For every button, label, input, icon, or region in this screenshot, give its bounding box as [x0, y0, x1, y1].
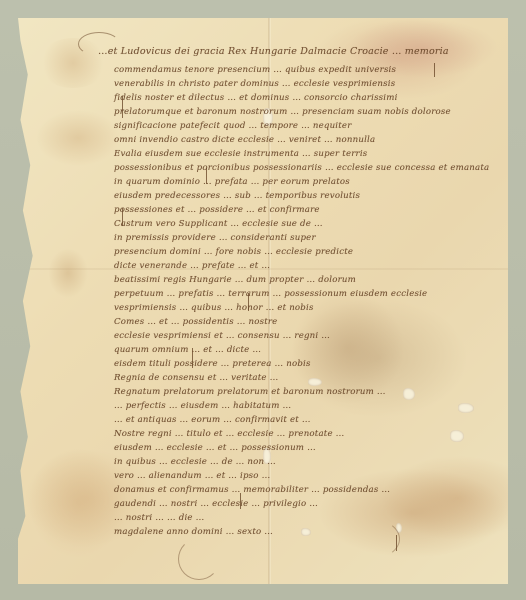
text-line: donamus et confirmamus … memorabiliter …… — [114, 485, 390, 495]
text-line: Regnia de consensu et … veritate … — [114, 373, 278, 383]
text-line: gaudendi … nostri … ecclesie … privilegi… — [114, 499, 318, 509]
text-line: presencium domini … fore nobis … ecclesi… — [114, 247, 353, 257]
text-line: eisdem tituli possidere … preterea … nob… — [114, 359, 311, 369]
text-line: possessiones et … possidere … et confirm… — [114, 205, 320, 215]
text-line: vero … alienandum … et … ipso … — [114, 471, 270, 481]
text-line: ecclesie vesprimiensi et … consensu … re… — [114, 331, 330, 341]
text-line: in quibus … ecclesie … de … non … — [114, 457, 276, 467]
text-line: quarum omnium … et … dicte … — [114, 345, 261, 355]
text-line: eiusdem … ecclesie … et … possessionum … — [114, 443, 316, 453]
text-line: Castrum vero Supplicant … ecclesie sue d… — [114, 219, 323, 229]
text-line: prelatorumque et baronum nostrorum … pre… — [114, 107, 451, 117]
text-line: eiusdem predecessores … sub … temporibus… — [114, 191, 360, 201]
text-line: significacione patefecit quod … tempore … — [114, 121, 352, 131]
text-line: magdalene anno domini … sexto … — [114, 527, 273, 537]
text-line: Evalia eiusdem sue ecclesie instrumenta … — [114, 149, 367, 159]
text-line: in quarum dominio … prefata … per eorum … — [114, 177, 350, 187]
text-line: in premissis providere … consideranti su… — [114, 233, 316, 243]
text-line: venerabilis in christo pater dominus … e… — [114, 79, 395, 89]
text-line: Regnatum prelatorum prelatorum et baronu… — [114, 387, 386, 397]
text-line: …et Ludovicus dei gracia Rex Hungarie Da… — [98, 46, 449, 57]
text-line: possessionibus et porcionibus possession… — [114, 163, 489, 173]
text-line: Nostre regni … titulo et … ecclesie … pr… — [114, 429, 344, 439]
text-line: … et antiquas … eorum … confirmavit et … — [114, 415, 311, 425]
manuscript-text: …et Ludovicus dei gracia Rex Hungarie Da… — [18, 18, 508, 584]
text-line: omni invendio castro dicte ecclesie … ve… — [114, 135, 375, 145]
text-line: beatissimi regis Hungarie … dum propter … — [114, 275, 356, 285]
text-line: commendamus tenore presencium … quibus e… — [114, 65, 396, 75]
text-line: … nostri … … die … — [114, 513, 204, 523]
text-line: perpetuum … prefatis … terrarum … posses… — [114, 289, 427, 299]
text-line: dicte venerande … prefate … et … — [114, 261, 270, 271]
text-line: fidelis noster et dilectus … et dominus … — [114, 93, 398, 103]
text-line: Comes … et … possidentis … nostre — [114, 317, 277, 327]
manuscript-sheet: …et Ludovicus dei gracia Rex Hungarie Da… — [18, 18, 508, 584]
text-line: … perfectis … eiusdem … habitatum … — [114, 401, 291, 411]
text-line: vesprimiensis … quibus … honor … et nobi… — [114, 303, 314, 313]
